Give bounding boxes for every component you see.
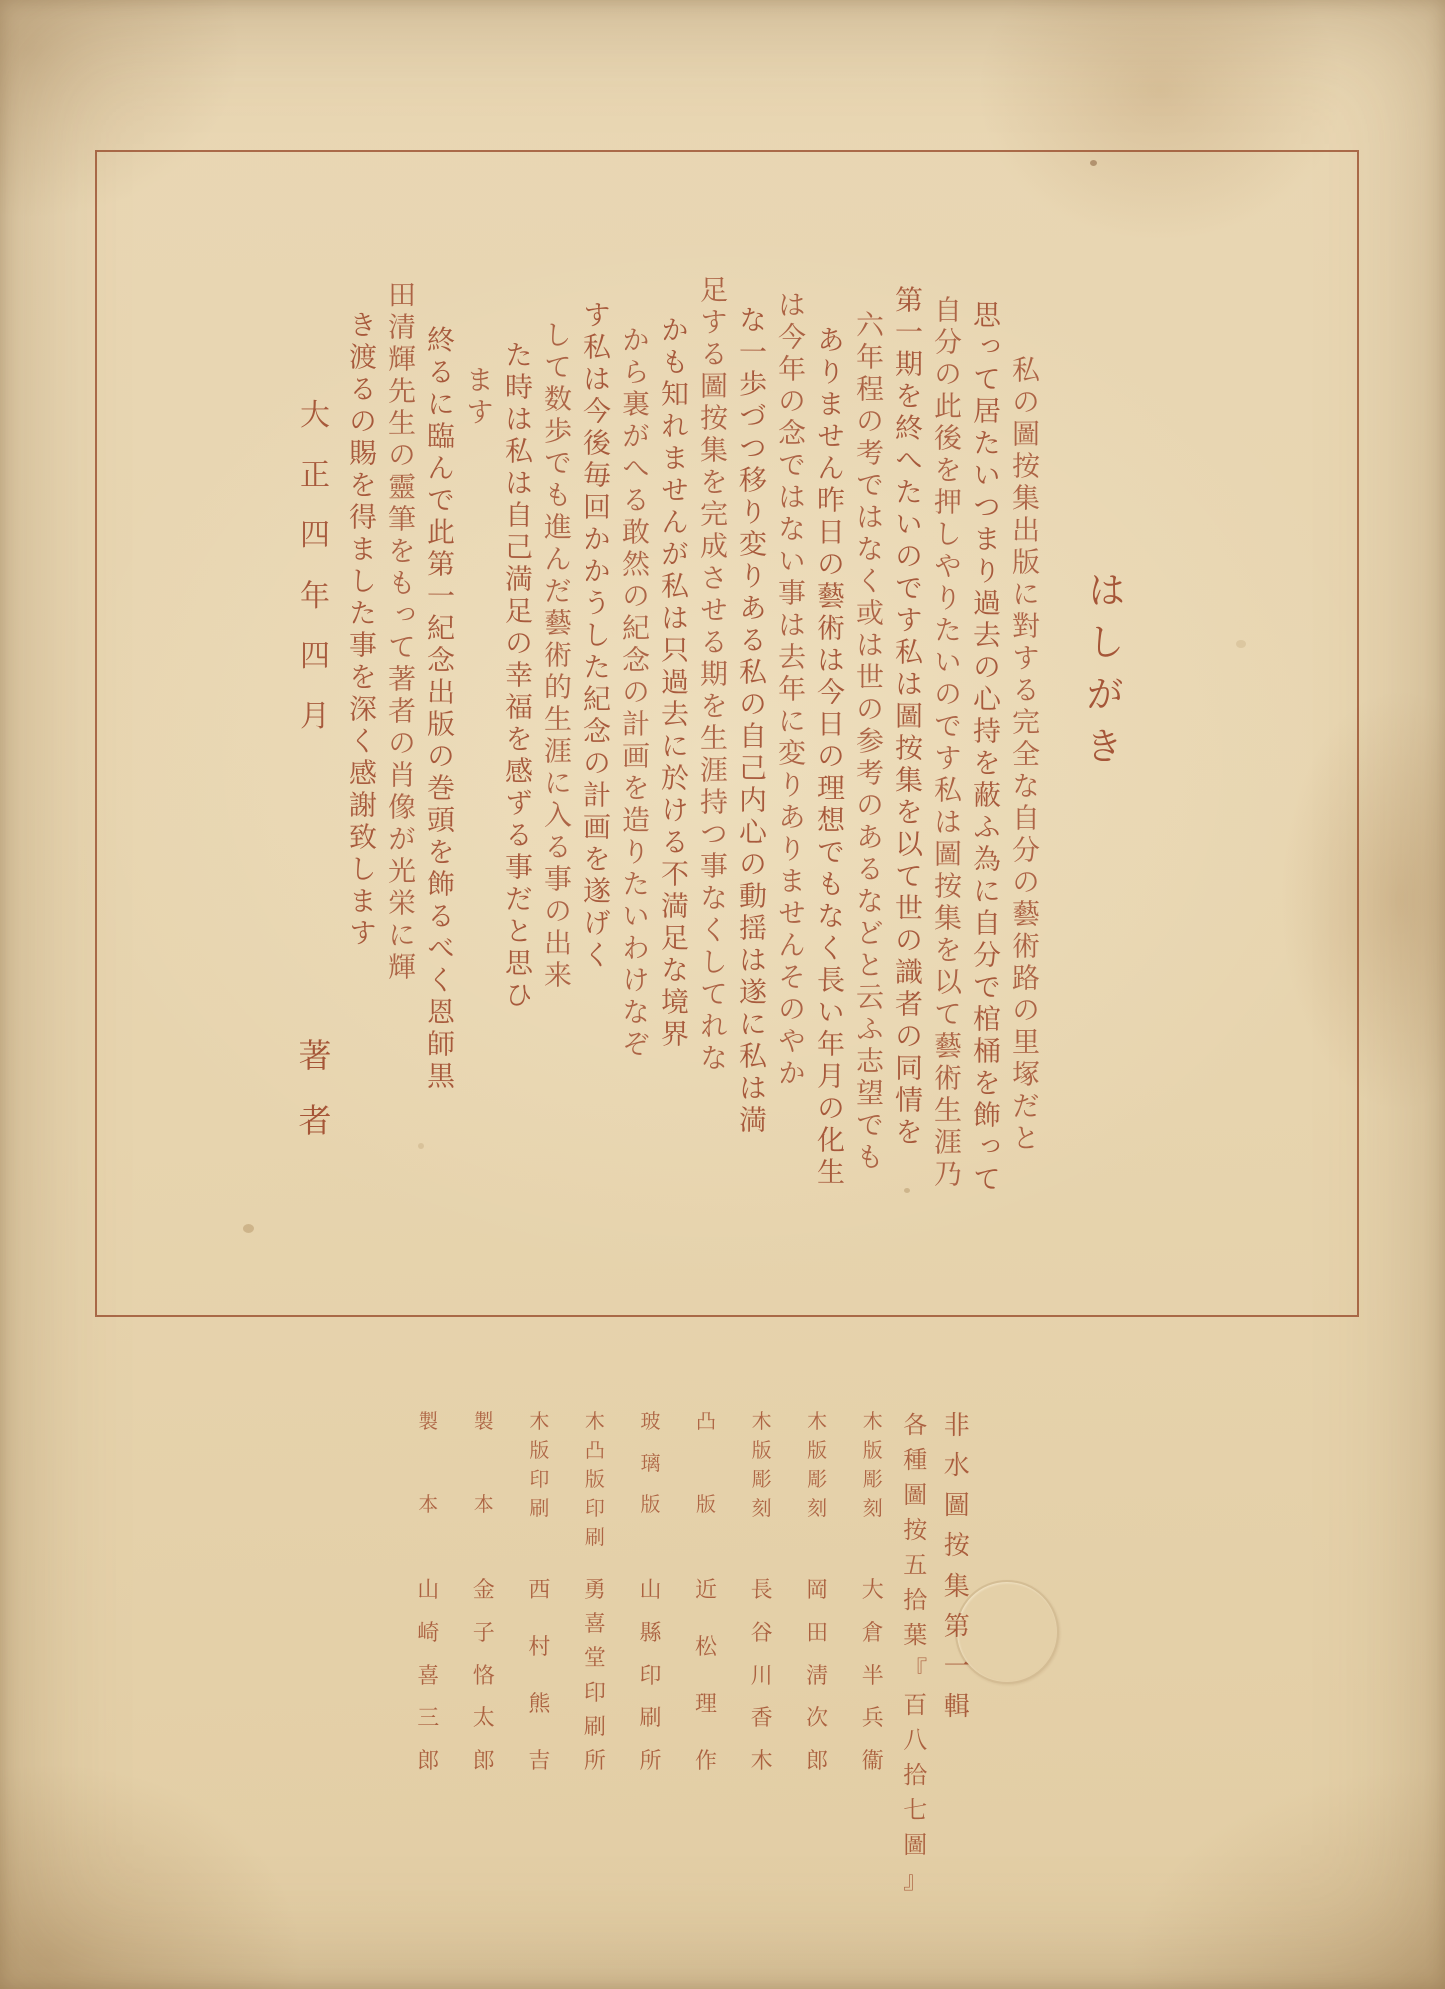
embossed-stamp	[955, 1580, 1059, 1684]
preface-column: ます	[463, 365, 491, 429]
credit-name: 勇喜堂印刷所	[583, 1573, 608, 1775]
colophon: 非水圖按集第一輯 各種圖按五拾葉『百八拾七圖』 木版彫刻大倉半兵衞木版彫刻岡田淸…	[385, 1405, 970, 1800]
preface-box: はしがき 私の圖按集出版に對する完全な自分の藝術路の里塚だと思って居たいつまり過…	[95, 150, 1359, 1317]
preface-column: 私の圖按集出版に對する完全な自分の藝術路の里塚だと	[1009, 355, 1037, 1155]
credit-name: 岡田淸次郎	[805, 1573, 830, 1775]
preface-column: は今年の念ではない事は去年に変りありませんそのやか	[775, 290, 803, 1090]
preface-column: 六年程の考ではなく或は世の参考のあるなどと云ふ志望でも	[853, 310, 881, 1174]
credit-column: 製本金子恪太郎	[472, 1405, 497, 1790]
preface-column: 田清輝先生の靈筆をもって著者の肖像が光栄に輝	[385, 280, 413, 984]
preface-end-column: 大正四年四月 著者	[295, 270, 335, 1142]
credit-role: 木版彫刻	[749, 1405, 774, 1517]
preface-column: から裏がへる敢然の紀念の計画を造りたいわけなぞ	[619, 325, 647, 1061]
credit-name: 山崎喜三郎	[416, 1573, 441, 1775]
preface-column: た時は私は自己満足の幸福を感ずる事だと思ひ	[502, 340, 530, 1012]
credit-column: 製本山崎喜三郎	[416, 1405, 441, 1790]
preface-column: かも知れませんが私は只過去に於ける不満足な境界	[658, 315, 686, 1051]
credit-name: 大倉半兵衞	[860, 1573, 885, 1775]
preface-column: 第一期を終へたいのです私は圖按集を以て世の識者の同情を	[892, 285, 920, 1149]
preface-date: 大正四年四月	[295, 390, 335, 735]
credit-column: 玻璃版山縣印刷所	[638, 1405, 663, 1790]
credit-name: 山縣印刷所	[638, 1573, 663, 1775]
credit-role: 玻璃版	[638, 1405, 663, 1517]
credit-column: 木版印刷西村熊吉	[527, 1405, 552, 1790]
credit-role: 製本	[472, 1405, 497, 1517]
credit-role: 木凸版印刷	[583, 1405, 608, 1517]
preface-title: はしがき	[1072, 570, 1131, 779]
credit-column: 木版彫刻長谷川香木	[749, 1405, 774, 1790]
book-page: はしがき 私の圖按集出版に對する完全な自分の藝術路の里塚だと思って居たいつまり過…	[0, 0, 1445, 1989]
preface-column: して数歩でも進んだ藝術的生涯に入る事の出来	[541, 320, 569, 992]
preface-column: な一歩づつ移り変りある私の自己内心の動揺は遂に私は満	[736, 305, 764, 1137]
credit-role: 製本	[416, 1405, 441, 1517]
series-subtitle: 各種圖按五拾葉『百八拾七圖』	[903, 1405, 928, 1747]
credit-role: 木版印刷	[527, 1405, 552, 1517]
credit-name: 金子恪太郎	[472, 1573, 497, 1775]
preface-column: 自分の此後を押しやりたいのです私は圖按集を以て藝術生涯乃	[931, 295, 959, 1191]
credit-role: 木版彫刻	[860, 1405, 885, 1517]
preface-column: 思って居たいつまり過去の心持を蔽ふ為に自分で棺桶を飾って	[970, 300, 998, 1196]
preface-column: 足する圖按集を完成させる期を生涯持つ事なくしてれな	[697, 275, 725, 1075]
credit-name: 長谷川香木	[749, 1573, 774, 1775]
credit-column: 凸版近松理作	[694, 1405, 719, 1790]
credit-column: 木版彫刻大倉半兵衞	[860, 1405, 885, 1790]
credit-role: 凸版	[694, 1405, 719, 1517]
credit-name: 西村熊吉	[527, 1573, 552, 1775]
author-signature: 著者	[295, 1030, 335, 1142]
preface-column: ありません昨日の藝術は今日の理想でもなく長い年月の化生	[814, 325, 842, 1189]
preface-column: す私は今後毎回かかうした紀念の計画を遂げく	[580, 300, 608, 972]
credit-name: 近松理作	[694, 1573, 719, 1775]
series-title: 非水圖按集第一輯	[944, 1405, 970, 1723]
credit-role: 木版彫刻	[805, 1405, 830, 1517]
preface-text: はしがき 私の圖按集出版に對する完全な自分の藝術路の里塚だと思って居たいつまり過…	[289, 270, 1129, 1196]
preface-column: 終るに臨んで此第一紀念出版の巻頭を飾るべく恩師黒	[424, 325, 452, 1093]
credit-column: 木凸版印刷勇喜堂印刷所	[583, 1405, 608, 1790]
preface-column: き渡るの賜を得ました事を深く感謝致します	[346, 310, 374, 950]
credit-column: 木版彫刻岡田淸次郎	[805, 1405, 830, 1790]
